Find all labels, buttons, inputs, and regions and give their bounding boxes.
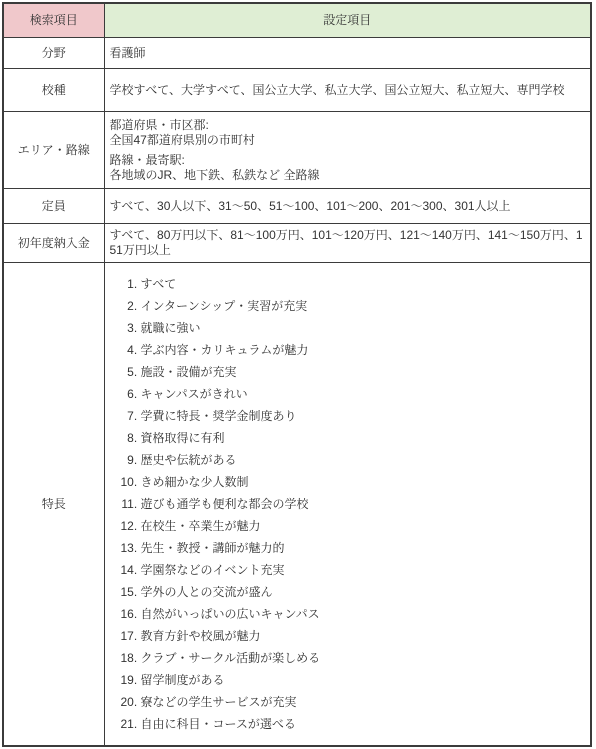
- table-row-school-type: 校種 学校すべて、大学すべて、国公立大学、私立大学、国公立短大、私立短大、専門学…: [3, 69, 591, 112]
- row-value-first-year-fee: すべて、80万円以下、81〜100万円、101〜120万円、121〜140万円、…: [104, 224, 591, 263]
- row-value-capacity: すべて、30人以下、31〜50、51〜100、101〜200、201〜300、3…: [104, 189, 591, 224]
- row-label-first-year-fee: 初年度納入金: [3, 224, 104, 263]
- feature-item: 教育方針や校風が魅力: [141, 625, 586, 647]
- feature-item: 学ぶ内容・カリキュラムが魅力: [141, 339, 586, 361]
- feature-item: 歴史や伝統がある: [141, 449, 586, 471]
- feature-item: すべて: [141, 273, 586, 295]
- feature-item: 学外の人との交流が盛ん: [141, 581, 586, 603]
- table-row-field: 分野 看護師: [3, 38, 591, 69]
- area-route-detail: 各地域のJR、地下鉄、私鉄など 全路線: [110, 168, 320, 182]
- row-label-area-route: エリア・路線: [3, 112, 104, 189]
- area-route-section: 路線・最寄駅: 各地域のJR、地下鉄、私鉄など 全路線: [110, 153, 586, 183]
- feature-item: 在校生・卒業生が魅力: [141, 515, 586, 537]
- features-list: すべてインターンシップ・実習が充実就職に強い学ぶ内容・カリキュラムが魅力施設・設…: [110, 273, 586, 735]
- search-settings-table: 検索項目 設定項目 分野 看護師 校種 学校すべて、大学すべて、国公立大学、私立…: [2, 2, 592, 747]
- feature-item: インターンシップ・実習が充実: [141, 295, 586, 317]
- header-search-item: 検索項目: [3, 3, 104, 38]
- table-row-capacity: 定員 すべて、30人以下、31〜50、51〜100、101〜200、201〜30…: [3, 189, 591, 224]
- row-value-area-route: 都道府県・市区郡: 全国47都道府県別の市町村 路線・最寄駅: 各地域のJR、地…: [104, 112, 591, 189]
- row-label-capacity: 定員: [3, 189, 104, 224]
- area-prefecture-detail: 全国47都道府県別の市町村: [110, 133, 255, 147]
- area-route-title: 路線・最寄駅:: [110, 153, 185, 167]
- row-label-features: 特長: [3, 263, 104, 747]
- feature-item: 先生・教授・講師が魅力的: [141, 537, 586, 559]
- feature-item: 遊びも通学も便利な都会の学校: [141, 493, 586, 515]
- feature-item: 就職に強い: [141, 317, 586, 339]
- feature-item: 施設・設備が充実: [141, 361, 586, 383]
- row-label-field: 分野: [3, 38, 104, 69]
- area-prefecture-title: 都道府県・市区郡:: [110, 118, 209, 132]
- feature-item: キャンパスがきれい: [141, 383, 586, 405]
- row-value-field: 看護師: [104, 38, 591, 69]
- row-label-school-type: 校種: [3, 69, 104, 112]
- feature-item: 留学制度がある: [141, 669, 586, 691]
- feature-item: 寮などの学生サービスが充実: [141, 691, 586, 713]
- feature-item: クラブ・サークル活動が楽しめる: [141, 647, 586, 669]
- area-prefecture-section: 都道府県・市区郡: 全国47都道府県別の市町村: [110, 118, 586, 148]
- table-header-row: 検索項目 設定項目: [3, 3, 591, 38]
- row-value-features: すべてインターンシップ・実習が充実就職に強い学ぶ内容・カリキュラムが魅力施設・設…: [104, 263, 591, 747]
- table-row-first-year-fee: 初年度納入金 すべて、80万円以下、81〜100万円、101〜120万円、121…: [3, 224, 591, 263]
- feature-item: きめ細かな少人数制: [141, 471, 586, 493]
- header-setting-item: 設定項目: [104, 3, 591, 38]
- feature-item: 自由に科目・コースが選べる: [141, 713, 586, 735]
- table-row-features: 特長 すべてインターンシップ・実習が充実就職に強い学ぶ内容・カリキュラムが魅力施…: [3, 263, 591, 747]
- feature-item: 学園祭などのイベント充実: [141, 559, 586, 581]
- table-row-area-route: エリア・路線 都道府県・市区郡: 全国47都道府県別の市町村 路線・最寄駅: 各…: [3, 112, 591, 189]
- row-value-school-type: 学校すべて、大学すべて、国公立大学、私立大学、国公立短大、私立短大、専門学校: [104, 69, 591, 112]
- feature-item: 資格取得に有利: [141, 427, 586, 449]
- feature-item: 自然がいっぱいの広いキャンパス: [141, 603, 586, 625]
- feature-item: 学費に特長・奨学金制度あり: [141, 405, 586, 427]
